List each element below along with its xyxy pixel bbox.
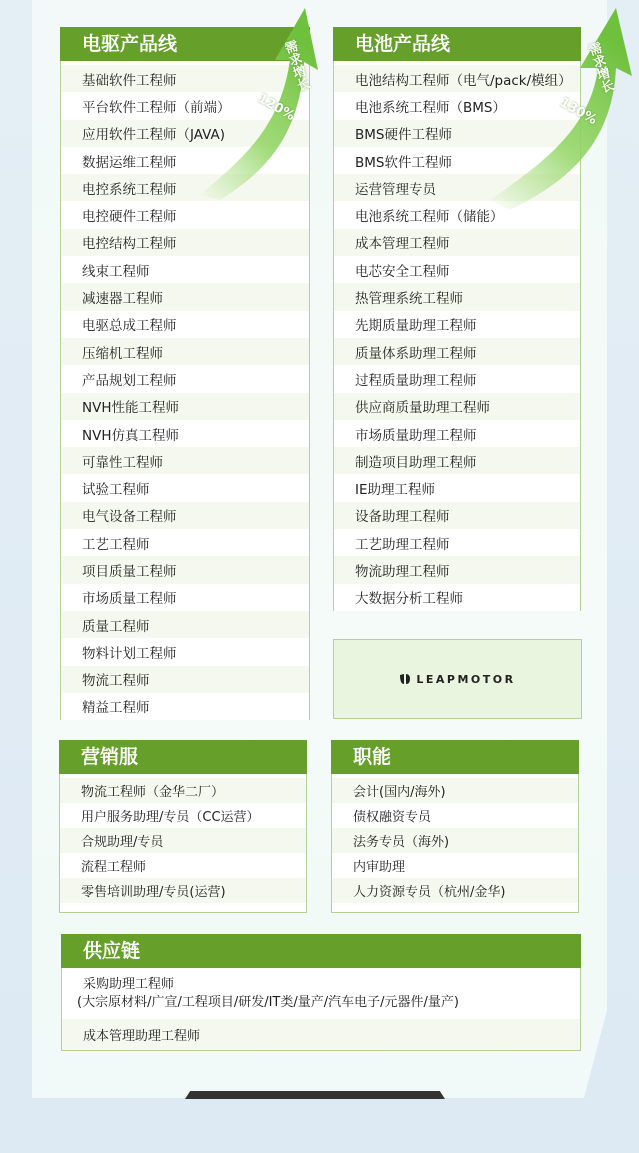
list-item: 运营管理专员 — [334, 174, 580, 201]
job-title: 基础软件工程师 — [82, 69, 177, 89]
card-title: 营销服 — [59, 740, 307, 774]
card-drive-product-line: 电驱产品线 基础软件工程师平台软件工程师（前端）应用软件工程师（JAVA)数据运… — [60, 27, 310, 720]
card-functions: 职能 会计(国内/海外)债权融资专员法务专员（海外)内审助理人力资源专员（杭州/… — [331, 740, 579, 913]
brand-logo-box: LEAPMOTOR — [333, 639, 582, 719]
list-item: 电控硬件工程师 — [61, 201, 309, 228]
job-title: 减速器工程师 — [82, 287, 163, 307]
job-title: 成本管理助理工程师 — [83, 1025, 200, 1044]
job-title: 成本管理工程师 — [355, 232, 450, 252]
job-list: 采购助理工程师 (大宗原材料/广宣/工程项目/研发/IT类/量产/汽车电子/元器… — [62, 968, 580, 1050]
job-title: 数据运维工程师 — [82, 151, 177, 171]
list-item: 项目质量工程师 — [61, 556, 309, 583]
job-title: 热管理系统工程师 — [355, 287, 463, 307]
list-item: 产品规划工程师 — [61, 365, 309, 392]
list-item: 应用软件工程师（JAVA) — [61, 120, 309, 147]
logo-text: LEAPMOTOR — [416, 673, 515, 686]
list-item: 设备助理工程师 — [334, 502, 580, 529]
list-item: 电池系统工程师（BMS） — [334, 92, 580, 119]
job-title: 电池系统工程师（BMS） — [355, 96, 506, 116]
job-title: 采购助理工程师 — [83, 976, 174, 994]
job-title: 市场质量工程师 — [82, 587, 177, 607]
job-title: 物流工程师（金华二厂） — [81, 781, 224, 800]
job-title: 大数据分析工程师 — [355, 587, 463, 607]
job-title: BMS硬件工程师 — [355, 123, 452, 143]
job-title: 质量体系助理工程师 — [355, 342, 477, 362]
job-title: 工艺助理工程师 — [355, 533, 450, 553]
list-item: 线束工程师 — [61, 256, 309, 283]
job-title: 工艺工程师 — [82, 533, 150, 553]
job-title: NVH仿真工程师 — [82, 424, 179, 444]
list-item: 用户服务助理/专员（CC运营） — [60, 803, 306, 828]
list-item: 电驱总成工程师 — [61, 311, 309, 338]
job-title: 法务专员（海外) — [353, 831, 449, 850]
list-item: 零售培训助理/专员(运营) — [60, 878, 306, 903]
list-item: BMS硬件工程师 — [334, 120, 580, 147]
list-item: 制造项目助理工程师 — [334, 447, 580, 474]
list-item: 电池结构工程师（电气/pack/模组） — [334, 65, 580, 92]
list-item: 物料计划工程师 — [61, 638, 309, 665]
list-item: 成本管理工程师 — [334, 229, 580, 256]
job-title: NVH性能工程师 — [82, 396, 179, 416]
list-item: 流程工程师 — [60, 853, 306, 878]
list-item: 债权融资专员 — [332, 803, 578, 828]
job-title: 试验工程师 — [82, 478, 150, 498]
list-item: 供应商质量助理工程师 — [334, 393, 580, 420]
list-item: 大数据分析工程师 — [334, 584, 580, 611]
list-item: 人力资源专员（杭州/金华) — [332, 878, 578, 903]
card-battery-product-line: 电池产品线 电池结构工程师（电气/pack/模组）电池系统工程师（BMS）BMS… — [333, 27, 581, 611]
leapmotor-logo: LEAPMOTOR — [399, 673, 515, 686]
list-item: 热管理系统工程师 — [334, 283, 580, 310]
job-title: 先期质量助理工程师 — [355, 314, 477, 334]
job-title: IE助理工程师 — [355, 478, 435, 498]
job-title: 平台软件工程师（前端） — [82, 96, 231, 116]
job-title: 供应商质量助理工程师 — [355, 396, 490, 416]
job-title: 线束工程师 — [82, 260, 150, 280]
list-item: 质量体系助理工程师 — [334, 338, 580, 365]
list-item: 先期质量助理工程师 — [334, 311, 580, 338]
job-list: 电池结构工程师（电气/pack/模组）电池系统工程师（BMS）BMS硬件工程师B… — [334, 61, 580, 611]
job-title: 流程工程师 — [81, 856, 146, 875]
list-item: 精益工程师 — [61, 693, 309, 720]
job-title: 运营管理专员 — [355, 178, 436, 198]
leapmotor-mark-icon — [399, 673, 411, 685]
list-item: NVH性能工程师 — [61, 393, 309, 420]
list-item: 物流工程师（金华二厂） — [60, 778, 306, 803]
job-title: 会计(国内/海外) — [353, 781, 446, 800]
job-title: 合规助理/专员 — [81, 831, 163, 850]
list-item: 物流工程师 — [61, 666, 309, 693]
list-item: 市场质量助理工程师 — [334, 420, 580, 447]
job-title: 用户服务助理/专员（CC运营） — [81, 806, 260, 825]
list-item: 会计(国内/海外) — [332, 778, 578, 803]
list-item: 成本管理助理工程师 — [62, 1019, 580, 1050]
job-title: 应用软件工程师（JAVA) — [82, 123, 225, 143]
job-title: 压缩机工程师 — [82, 342, 163, 362]
job-title: 市场质量助理工程师 — [355, 424, 477, 444]
job-title: 项目质量工程师 — [82, 560, 177, 580]
list-item: 压缩机工程师 — [61, 338, 309, 365]
job-title: 电控系统工程师 — [82, 178, 177, 198]
job-title: 精益工程师 — [82, 696, 150, 716]
list-item: 市场质量工程师 — [61, 584, 309, 611]
job-title: 电芯安全工程师 — [355, 260, 450, 280]
list-item: 电芯安全工程师 — [334, 256, 580, 283]
job-title: 物流助理工程师 — [355, 560, 450, 580]
list-item: 电控系统工程师 — [61, 174, 309, 201]
list-item: 工艺工程师 — [61, 529, 309, 556]
list-item: 数据运维工程师 — [61, 147, 309, 174]
list-item: 可靠性工程师 — [61, 447, 309, 474]
job-title: 内审助理 — [353, 856, 405, 875]
job-list: 基础软件工程师平台软件工程师（前端）应用软件工程师（JAVA)数据运维工程师电控… — [61, 61, 309, 720]
job-title: 电驱总成工程师 — [82, 314, 177, 334]
job-title: 物料计划工程师 — [82, 642, 177, 662]
job-title: 零售培训助理/专员(运营) — [81, 881, 226, 900]
job-title: 设备助理工程师 — [355, 505, 450, 525]
list-item: IE助理工程师 — [334, 474, 580, 501]
list-item: NVH仿真工程师 — [61, 420, 309, 447]
list-item: 物流助理工程师 — [334, 556, 580, 583]
job-title: 人力资源专员（杭州/金华) — [353, 881, 505, 900]
list-item: 电控结构工程师 — [61, 229, 309, 256]
list-item: 合规助理/专员 — [60, 828, 306, 853]
job-title: 电控结构工程师 — [82, 232, 177, 252]
list-item: 过程质量助理工程师 — [334, 365, 580, 392]
card-title: 电池产品线 — [333, 27, 581, 61]
list-item: 电池系统工程师（储能） — [334, 201, 580, 228]
list-item: 质量工程师 — [61, 611, 309, 638]
job-title: 质量工程师 — [82, 615, 150, 635]
job-title: 债权融资专员 — [353, 806, 431, 825]
card-supply-chain: 供应链 采购助理工程师 (大宗原材料/广宣/工程项目/研发/IT类/量产/汽车电… — [61, 934, 581, 1051]
list-item: 采购助理工程师 (大宗原材料/广宣/工程项目/研发/IT类/量产/汽车电子/元器… — [62, 968, 580, 1019]
job-title: 电控硬件工程师 — [82, 205, 177, 225]
job-title: 可靠性工程师 — [82, 451, 163, 471]
card-marketing-service: 营销服 物流工程师（金华二厂）用户服务助理/专员（CC运营）合规助理/专员流程工… — [59, 740, 307, 913]
list-item: 内审助理 — [332, 853, 578, 878]
list-item: 试验工程师 — [61, 474, 309, 501]
job-title: 电池系统工程师（储能） — [355, 205, 504, 225]
job-title: 制造项目助理工程师 — [355, 451, 477, 471]
list-item: BMS软件工程师 — [334, 147, 580, 174]
card-title: 电驱产品线 — [60, 27, 310, 61]
list-item: 法务专员（海外) — [332, 828, 578, 853]
job-title: 电池结构工程师（电气/pack/模组） — [355, 69, 572, 89]
job-title: BMS软件工程师 — [355, 151, 452, 171]
job-title: 电气设备工程师 — [82, 505, 177, 525]
list-item: 电气设备工程师 — [61, 502, 309, 529]
job-list: 物流工程师（金华二厂）用户服务助理/专员（CC运营）合规助理/专员流程工程师零售… — [60, 774, 306, 903]
job-title: 物流工程师 — [82, 669, 150, 689]
list-item: 减速器工程师 — [61, 283, 309, 310]
job-list: 会计(国内/海外)债权融资专员法务专员（海外)内审助理人力资源专员（杭州/金华) — [332, 774, 578, 903]
card-title: 职能 — [331, 740, 579, 774]
bottom-decoration-bar — [185, 1091, 445, 1099]
job-title: 产品规划工程师 — [82, 369, 177, 389]
job-detail: (大宗原材料/广宣/工程项目/研发/IT类/量产/汽车电子/元器件/量产) — [77, 994, 459, 1012]
list-item: 基础软件工程师 — [61, 65, 309, 92]
card-title: 供应链 — [61, 934, 581, 968]
job-title: 过程质量助理工程师 — [355, 369, 477, 389]
list-item: 工艺助理工程师 — [334, 529, 580, 556]
